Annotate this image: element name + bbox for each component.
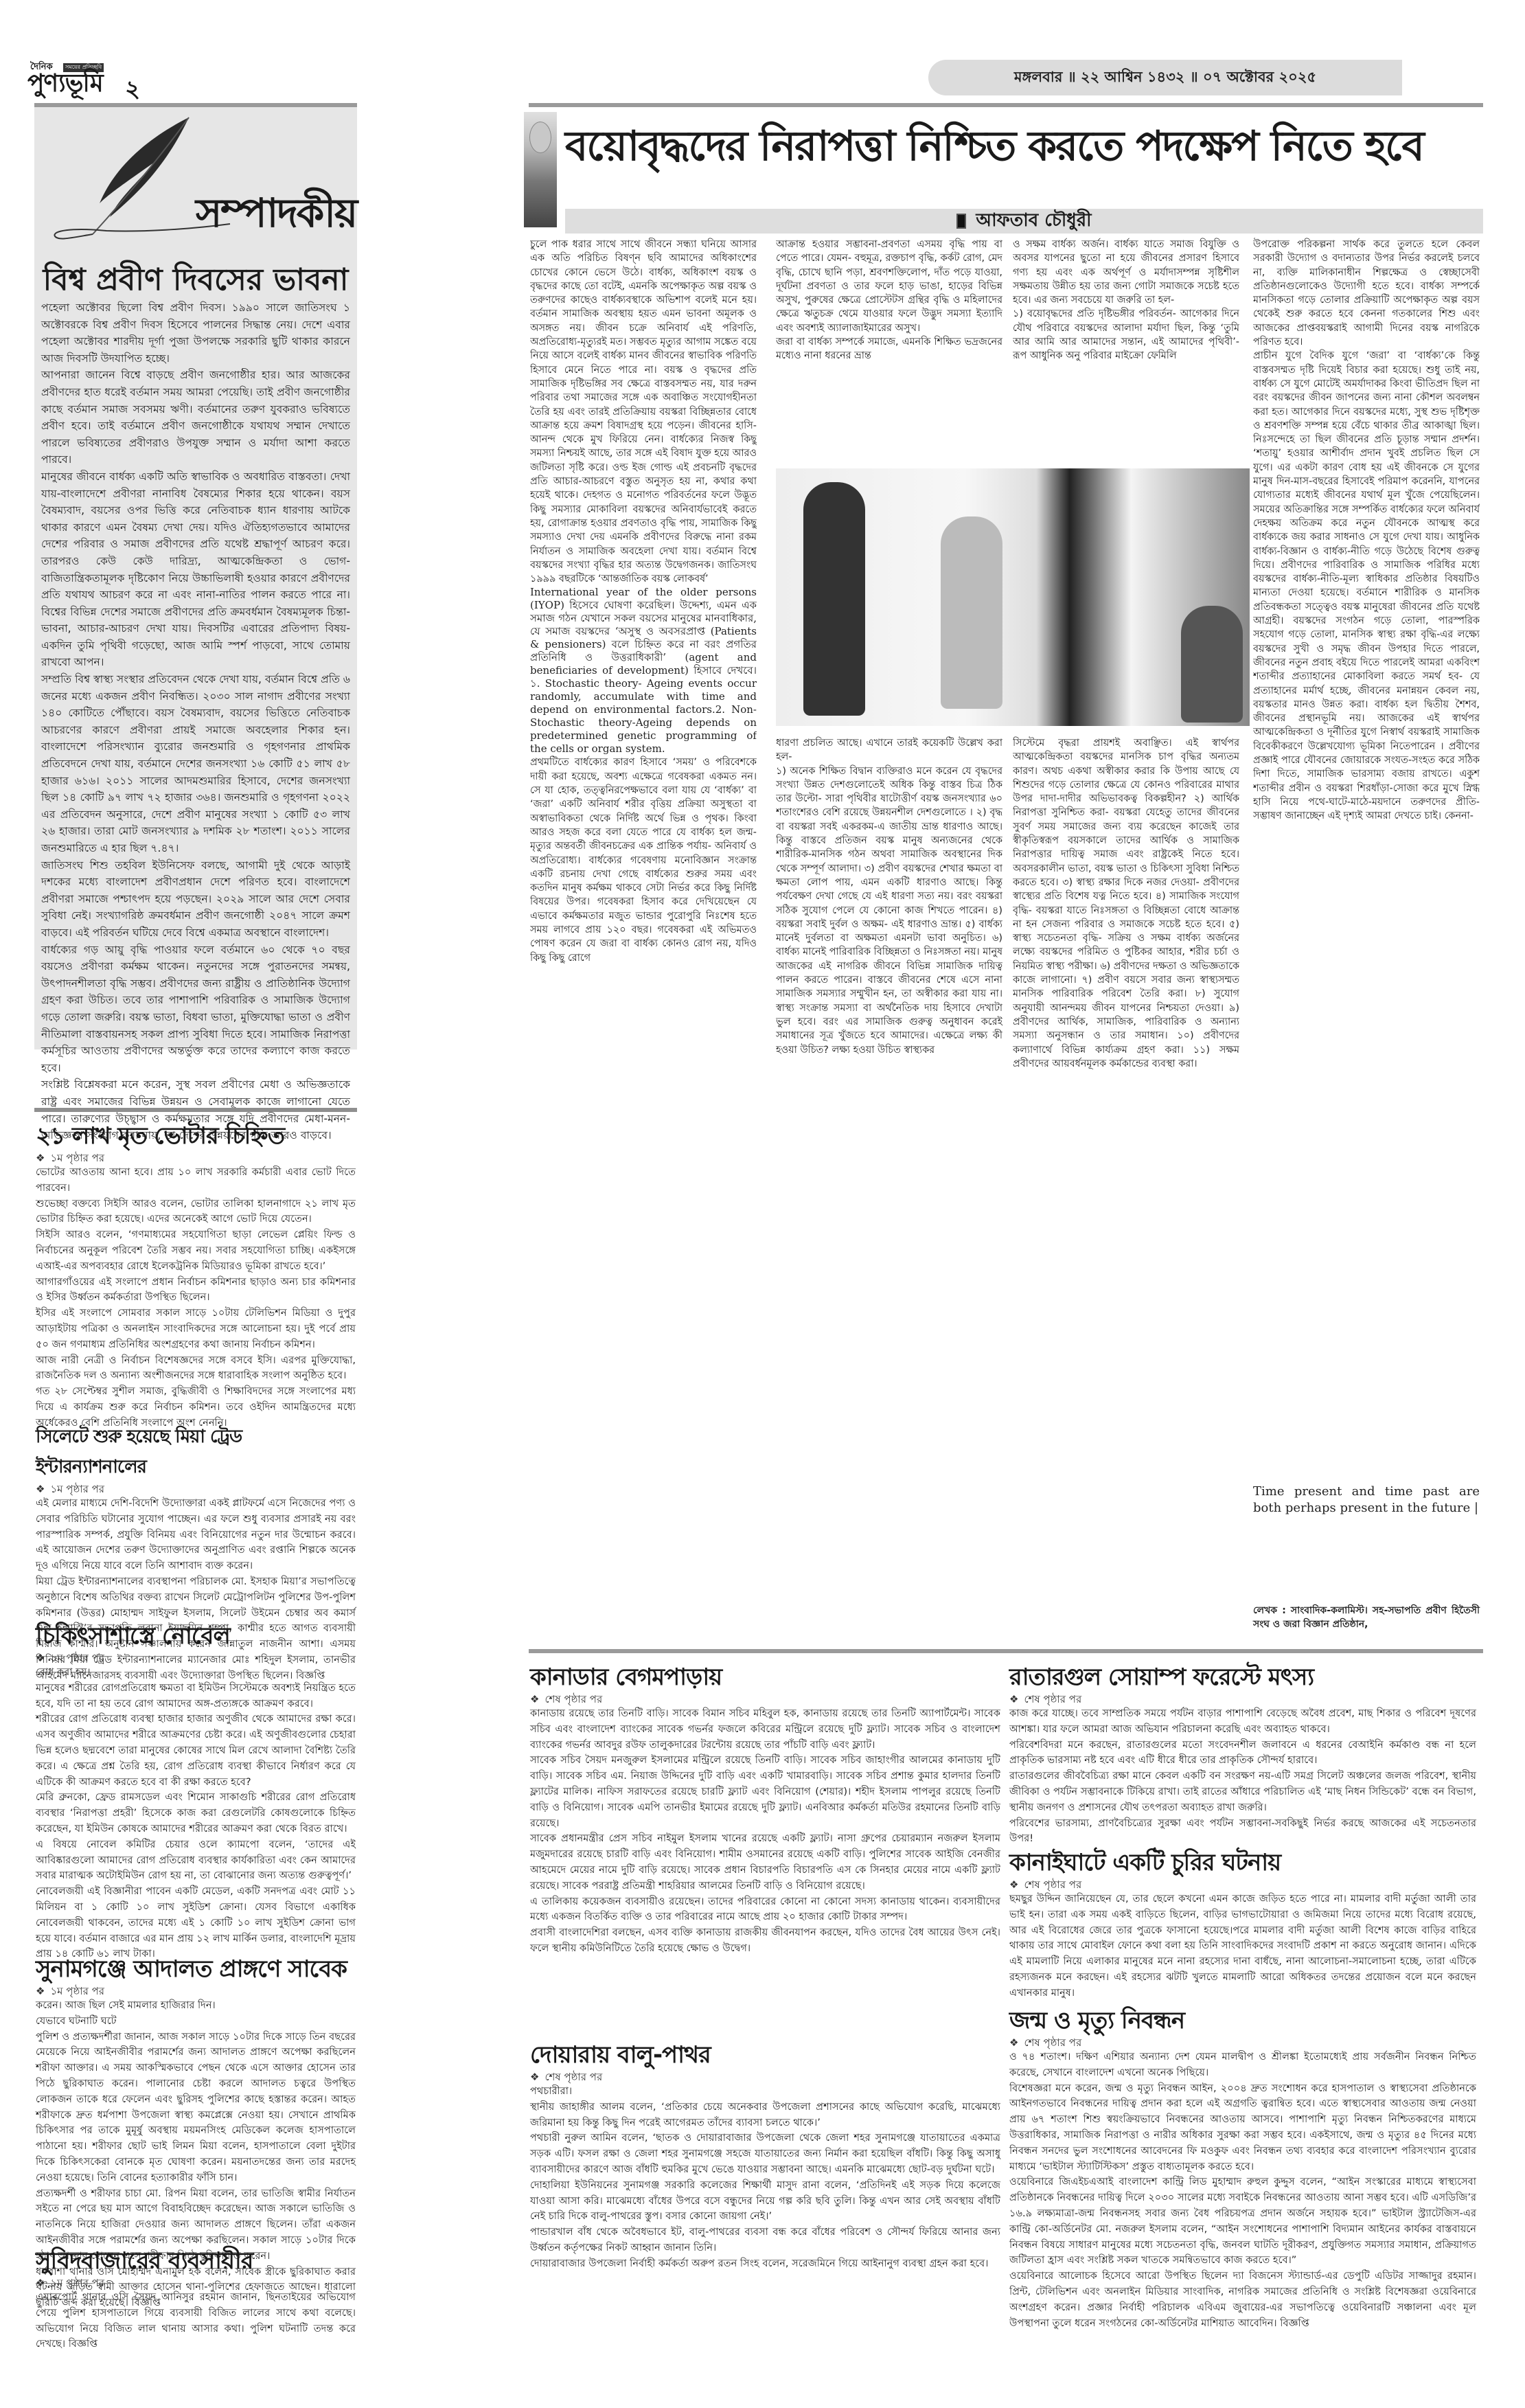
editorial-paragraph: পহেলা অক্টোবর ছিলো বিশ্ব প্রবীণ দিবস। ১৯… <box>41 299 350 367</box>
editorial-body: পহেলা অক্টোবর ছিলো বিশ্ব প্রবীণ দিবস। ১৯… <box>41 299 350 1144</box>
continuation-label: শেষ পৃষ্ঠার পর <box>1024 1693 1081 1705</box>
article-paragraph: দোহালিয়া ইউনিয়নের সুনামগঞ্জ সরকারি কলে… <box>530 2178 1000 2225</box>
masthead: দৈনিক সময়ের প্রতিচ্ছবি পুণ্যভূমি ২ মঙ্গ… <box>0 0 1525 103</box>
article-paragraph: প্রবাসী বাংলাদেশিরা বলছেন, এসব ব্যক্তি ক… <box>530 1925 1000 1957</box>
byline-marker-icon <box>956 214 966 229</box>
article-paragraph: এ তালিকায় কয়েকজন ব্যবসায়ীও রয়েছেন। ত… <box>530 1894 1000 1926</box>
feature-column-2: ধারণা প্রচলিত আছে। এখানে তারই কয়েকটি উল… <box>776 736 1002 1540</box>
article-paragraph: ইসির এই সংলাপে সোমবার সকাল সাড়ে ১০টায় … <box>36 1306 356 1352</box>
author-note: লেখক : সাংবাদিক-কলামিস্ট। সহ-সভাপতি প্রব… <box>1253 1604 1480 1631</box>
article-paragraph: পুলিশ ও প্রত্যক্ষদর্শীরা জানান, আজ সকাল … <box>36 2030 356 2186</box>
news-article: জন্ম ও মৃত্যু নিবন্ধন ❖শেষ পৃষ্ঠার পর ও … <box>1009 2006 1476 2331</box>
feature-english-paragraph: International year of the older persons … <box>530 586 757 756</box>
continuation-note: ❖১ম পৃষ্ঠার পর <box>36 1651 356 1665</box>
continuation-label: শেষ পৃষ্ঠার পর <box>544 1693 602 1705</box>
continuation-note: ❖শেষ পৃষ্ঠার পর <box>1009 2036 1476 2049</box>
article-paragraph: পথচারীরা। <box>530 2084 1000 2100</box>
article-body: এয়ারপোর্ট থানার ওসি সৈয়দ আনিসুর রহমান … <box>36 2290 356 2352</box>
feature-column-2-top: আক্রান্ত হওয়ার সম্ভাবনা-প্রবণতা এসময় ব… <box>776 238 1002 464</box>
continuation-note: ❖১ম পৃষ্ঠার পর <box>36 1151 356 1165</box>
editorial-section: সম্পাদকীয় বিশ্ব প্রবীণ দিবসের ভাবনা পহে… <box>34 107 357 1049</box>
news-article: ২১ লাখ মৃত ভোটার চিহ্নিত ❖১ম পৃষ্ঠার পর … <box>36 1121 356 1431</box>
continuation-label: ১ম পৃষ্ঠার পর <box>50 1483 104 1495</box>
figure-woman-walking <box>803 482 865 716</box>
article-paragraph: বিশেষজ্ঞরা মনে করেন, জন্ম ও মৃত্যু নিবন্… <box>1009 2081 1476 2175</box>
continuation-note: ❖শেষ পৃষ্ঠার পর <box>1009 1878 1476 1892</box>
news-article: কানাইঘাটে একটি চুরির ঘটনায় ❖শেষ পৃষ্ঠার… <box>1009 1848 1476 2001</box>
continuation-label: শেষ পৃষ্ঠার পর <box>1024 2036 1081 2049</box>
continuation-note: ❖১ম পৃষ্ঠার পর <box>36 1482 356 1496</box>
article-headline[interactable]: সুবিদবাজারের ব্যবসায়ীর <box>36 2246 356 2276</box>
article-body: কানাডায় রয়েছে তার তিনটি বাড়ি। সাবেক ব… <box>530 1706 1000 1957</box>
dateline: মঙ্গলবার ॥ ২২ আশ্বিন ১৪৩২ ॥ ০৭ অক্টোবর ২… <box>928 60 1402 95</box>
article-paragraph: রোধ করা হয়। <box>36 1665 356 1681</box>
continuation-bullet-icon: ❖ <box>36 1152 45 1164</box>
article-paragraph: সাবেক প্রধানমন্ত্রীর প্রেস সচিব নাইমুল ই… <box>530 1831 1000 1894</box>
editorial-paragraph: আপনারা জানেন বিশ্বে বাড়ছে প্রবীণ জনগোষ্… <box>41 367 350 468</box>
feature-column-3-top: ও সক্ষম বার্ধক্য অর্জন। বার্ধক্য যাতে সম… <box>1013 238 1239 464</box>
article-headline[interactable]: কানাইঘাটে একটি চুরির ঘটনায় <box>1009 1848 1476 1878</box>
continuation-note: ❖১ম পৃষ্ঠার পর <box>36 1984 356 1998</box>
news-article: সুবিদবাজারের ব্যবসায়ীর ❖১ম পৃষ্ঠার পর এ… <box>36 2246 356 2352</box>
article-paragraph: সিইসি আরও বলেন, ‘গণমাধ্যমের সহযোগিতা ছাড… <box>36 1227 356 1274</box>
feature-column-4: উপরোক্ত পরিকল্পনা সার্থক করে তুলতে হলে ক… <box>1253 238 1480 1481</box>
continuation-note: ❖শেষ পৃষ্ঠার পর <box>1009 1692 1476 1706</box>
continuation-bullet-icon: ❖ <box>36 2277 45 2289</box>
continuation-bullet-icon: ❖ <box>36 1483 45 1495</box>
news-article: কানাডার বেগমপাড়ায় ❖শেষ পৃষ্ঠার পর কানা… <box>530 1662 1000 1957</box>
article-headline[interactable]: সিলেটে শুরু হয়েছে মিয়া ট্রেড ইন্টারন্য… <box>36 1422 356 1482</box>
author-face <box>529 122 551 153</box>
editorial-paragraph: জাতিসংঘ শিশু তহবিল ইউনিসেফ বলছে, আগামী দ… <box>41 857 350 942</box>
article-headline[interactable]: দোয়ারায় বালু-পাথর <box>530 2040 1000 2070</box>
editorial-paragraph: সম্প্রতি বিশ্ব স্বাস্থ্য সংস্থার প্রতিবে… <box>41 671 350 857</box>
continuation-label: ১ম পৃষ্ঠার পর <box>50 1152 104 1164</box>
article-body: পথচারীরা। স্থানীয় জাহাঙ্গীর আলম বলেন, ‘… <box>530 2084 1000 2272</box>
article-body: ছমছুর উদ্দিন জানিয়েছেন যে, তার ছেলে কখন… <box>1009 1892 1476 2001</box>
figure-woman-seated <box>1181 606 1243 723</box>
editorial-paragraph: বার্ধক্যের গড় আয়ু বৃদ্ধি পাওয়ার ফলে ব… <box>41 942 350 1077</box>
article-paragraph: স্থানীয় জাহাঙ্গীর আলম বলেন, ‘প্রতিকার চ… <box>530 2100 1000 2131</box>
continuation-note: ❖শেষ পৃষ্ঠার পর <box>530 1692 1000 1706</box>
article-paragraph: মানুষের শরীরের রোগপ্রতিরোধ ক্ষমতা বা ইমি… <box>36 1681 356 1712</box>
article-paragraph: কানাডায় রয়েছে তার তিনটি বাড়ি। সাবেক ব… <box>530 1706 1000 1753</box>
feature-closing-quote: Time present and time past are both perh… <box>1253 1484 1480 1517</box>
article-subhead: যেভাবে ঘটনাটি ঘটে <box>36 2014 356 2030</box>
article-paragraph: ওয়েবিনারে জিএইচএআই বাংলাদেশ কান্ট্রি লি… <box>1009 2174 1476 2269</box>
article-headline[interactable]: চিকিৎসাশাস্ত্রে নোবেল <box>36 1621 356 1651</box>
article-paragraph: এই মেলার মাধ্যমে দেশি-বিদেশি উদ্যোক্তারা… <box>36 1496 356 1574</box>
article-paragraph: ছমছুর উদ্দিন জানিয়েছেন যে, তার ছেলে কখন… <box>1009 1892 1476 2001</box>
section-label: সম্পাদকীয় <box>196 183 356 249</box>
editorial-paragraph: মানুষের জীবনে বার্ধক্য একটি অতি স্বাভাবি… <box>41 468 350 671</box>
article-paragraph: শুভেচ্ছা বক্তব্যে সিইসি আরও বলেন, ভোটার … <box>36 1196 356 1228</box>
continuation-bullet-icon: ❖ <box>36 1652 45 1664</box>
article-paragraph: সাবেক সচিব সৈয়দ মনজুরুল ইসলামের মন্ট্রি… <box>530 1753 1000 1831</box>
article-headline[interactable]: রাতারগুল সোয়াম্প ফরেস্টে মৎস্য <box>1009 1662 1476 1692</box>
continuation-bullet-icon: ❖ <box>1009 2036 1018 2049</box>
editorial-bottom-rule <box>34 1108 357 1112</box>
feature-header: বয়োবৃদ্ধদের নিরাপত্তা নিশ্চিত করতে পদক্… <box>524 112 1483 227</box>
continuation-note: ❖শেষ পৃষ্ঠার পর <box>530 2070 1000 2084</box>
article-paragraph: আজ নারী নেত্রী ও নির্বাচন বিশেষজ্ঞদের সঙ… <box>36 1353 356 1385</box>
news-article: দোয়ারায় বালু-পাথর ❖শেষ পৃষ্ঠার পর পথচা… <box>530 2040 1000 2272</box>
feature-column-1: চুলে পাক ধরার সাথে সাথে জীবনে সন্ধ্যা ঘন… <box>530 238 757 1543</box>
news-article: চিকিৎসাশাস্ত্রে নোবেল ❖১ম পৃষ্ঠার পর রোধ… <box>36 1621 356 1962</box>
feature-headline[interactable]: বয়োবৃদ্ধদের নিরাপত্তা নিশ্চিত করতে পদক্… <box>565 112 1485 181</box>
news-article: রাতারগুল সোয়াম্প ফরেস্টে মৎস্য ❖শেষ পৃষ… <box>1009 1662 1476 1847</box>
article-paragraph: মেরি ব্রুনকো, ফ্রেড রামসডেল এবং শিমোন সা… <box>36 1790 356 1837</box>
article-headline[interactable]: কানাডার বেগমপাড়ায় <box>530 1662 1000 1692</box>
article-paragraph: ভোটের আওতায় আনা হবে। প্রায় ১০ লাখ সরকা… <box>36 1165 356 1196</box>
article-paragraph: পরিবেশবিদরা মনে করছেন, রাতারগুলের মতো সং… <box>1009 1738 1476 1769</box>
section-divider <box>529 1649 1483 1653</box>
author-photo <box>524 112 557 227</box>
continuation-bullet-icon: ❖ <box>36 1985 45 1997</box>
paper-name: পুণ্যভূমি <box>27 70 103 98</box>
article-paragraph: কাজ করে যাচ্ছে। তবে সাম্প্রতিক সময়ে পর্… <box>1009 1706 1476 1738</box>
article-paragraph: এ বিষয়ে নোবেল কমিটির চেয়ার ওলে ক্যামপো… <box>36 1837 356 1884</box>
article-paragraph: এয়ারপোর্ট থানার ওসি সৈয়দ আনিসুর রহমান … <box>36 2290 356 2352</box>
feature-column-3: সিস্টেমে বৃদ্ধরা প্রায়শই অবাঞ্ছিত। এই স… <box>1013 736 1239 1540</box>
top-rule-right <box>529 103 1483 107</box>
article-paragraph: দোয়ারাবাজার উপজেলা নির্বাহী কর্মকর্তা অ… <box>530 2256 1000 2272</box>
continuation-label: ১ম পৃষ্ঠার পর <box>50 1652 104 1664</box>
article-headline[interactable]: জন্ম ও মৃত্যু নিবন্ধন <box>1009 2006 1476 2036</box>
article-paragraph: আগারগাঁওয়ের এই সংলাপে প্রধান নির্বাচন ক… <box>36 1275 356 1306</box>
continuation-bullet-icon: ❖ <box>1009 1693 1018 1705</box>
article-body: ও ৭৪ শতাংশ। দক্ষিণ এশিয়ার অন্যান্য দেশ … <box>1009 2049 1476 2331</box>
elderly-women-photo <box>776 468 1250 726</box>
continuation-bullet-icon: ❖ <box>530 2071 539 2083</box>
feature-paragraph: চুলে পাক ধরার সাথে সাথে জীবনে সন্ধ্যা ঘন… <box>530 238 757 586</box>
article-paragraph: নোবেলজয়ী এই বিজ্ঞানীরা পাবেন একটি মেডেল… <box>36 1884 356 1962</box>
continuation-bullet-icon: ❖ <box>530 1693 539 1705</box>
article-headline[interactable]: ২১ লাখ মৃত ভোটার চিহ্নিত <box>36 1121 356 1151</box>
article-paragraph: পথচারী নুরুল আমিন বলেন, ‘ছাতক ও দোয়ারাব… <box>530 2131 1000 2177</box>
article-body: কাজ করে যাচ্ছে। তবে সাম্প্রতিক সময়ে পর্… <box>1009 1706 1476 1847</box>
continuation-label: ১ম পৃষ্ঠার পর <box>50 2277 104 2289</box>
article-headline[interactable]: সুনামগঞ্জে আদালত প্রাঙ্গণে সাবেক <box>36 1954 356 1984</box>
continuation-label: শেষ পৃষ্ঠার পর <box>544 2071 602 2083</box>
author-name[interactable]: আফতাব চৌধুরী <box>976 206 1091 236</box>
article-paragraph: শরীরের রোগ প্রতিরোধ ব্যবস্থা হাজার হাজার… <box>36 1712 356 1790</box>
article-paragraph: করেন। আজ ছিল সেই মামলার হাজিরার দিন। <box>36 1998 356 2014</box>
article-body: রোধ করা হয়। মানুষের শরীরের রোগপ্রতিরোধ … <box>36 1665 356 1962</box>
article-paragraph: পান্ডারখাল বাঁধ থেকে অবৈধভাবে ইট, বালু-প… <box>530 2225 1000 2256</box>
article-paragraph: ওয়েবিনারে আলোচক হিসেবে আরো উপস্থিত ছিলে… <box>1009 2269 1476 2331</box>
continuation-bullet-icon: ❖ <box>1009 1878 1018 1891</box>
article-paragraph: রাতারগুলের জীববৈচিত্র্য রক্ষা মানে কেবল … <box>1009 1769 1476 1815</box>
article-paragraph: ও ৭৪ শতাংশ। দক্ষিণ এশিয়ার অন্যান্য দেশ … <box>1009 2049 1476 2081</box>
continuation-label: ১ম পৃষ্ঠার পর <box>50 1985 104 1997</box>
figure-woman-cane <box>941 516 1002 709</box>
continuation-label: শেষ পৃষ্ঠার পর <box>1024 1878 1081 1891</box>
byline: আফতাব চৌধুরী <box>565 209 1483 234</box>
feature-paragraph: প্রথমটিতে বার্ধক্যের কারণ হিসাবে ‘সময়’ … <box>530 756 757 964</box>
article-paragraph: পরিবেশের ভারসাম্য, প্রাণবৈচিত্র্যের সুরক… <box>1009 1816 1476 1848</box>
continuation-note: ❖১ম পৃষ্ঠার পর <box>36 2276 356 2290</box>
article-body: ভোটের আওতায় আনা হবে। প্রায় ১০ লাখ সরকা… <box>36 1165 356 1431</box>
